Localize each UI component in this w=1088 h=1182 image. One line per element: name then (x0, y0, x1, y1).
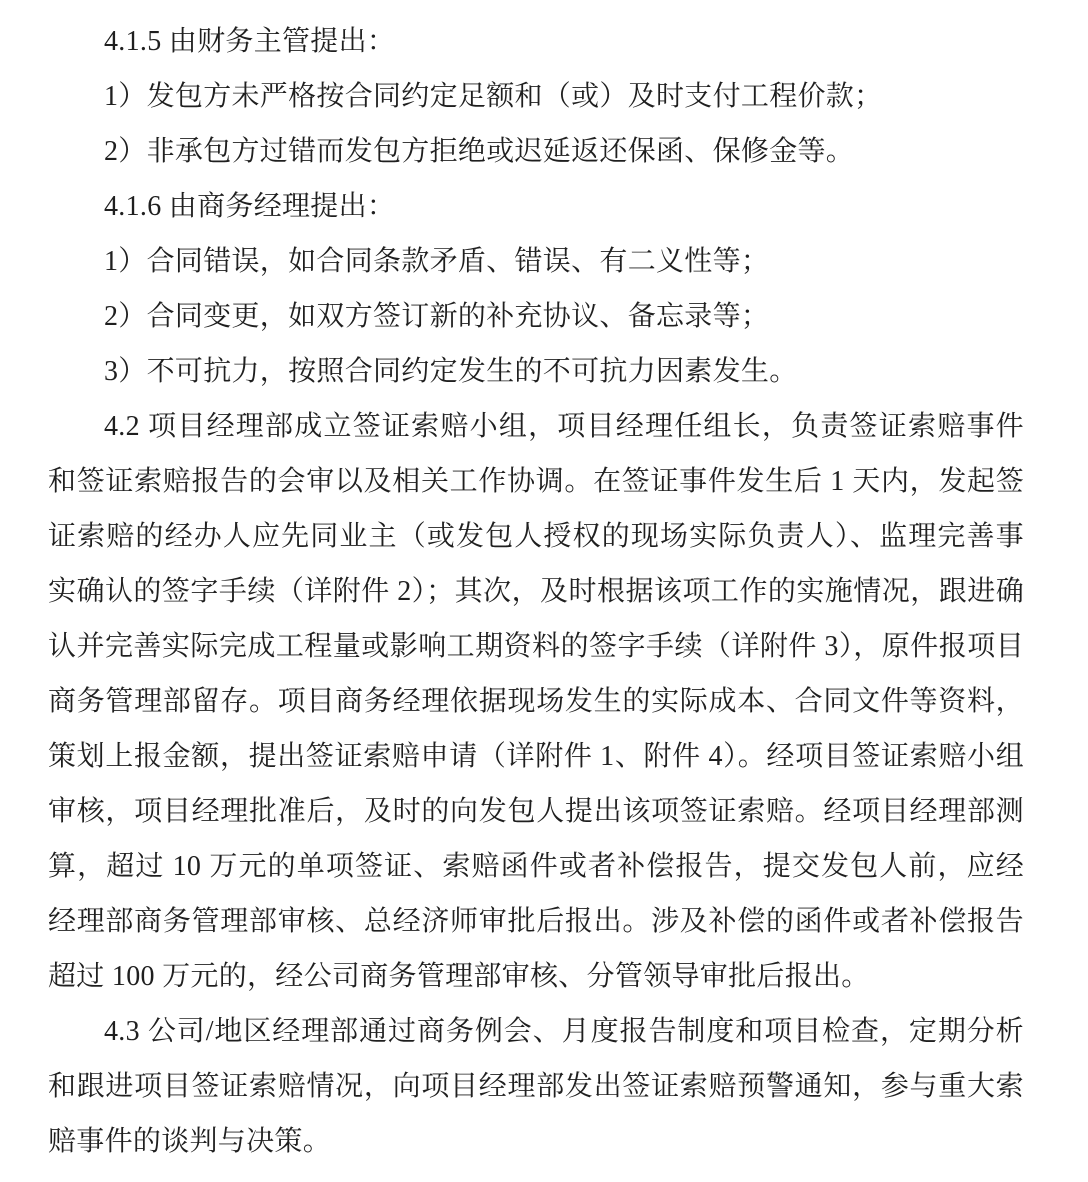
clause-4-3-paragraph: 4.3 公司/地区经理部通过商务例会、月度报告制度和项目检查，定期分析和跟进项目… (48, 1004, 1024, 1169)
clause-4-1-5-item-2: 2）非承包方过错而发包方拒绝或迟延返还保函、保修金等。 (48, 124, 1024, 179)
clause-4-1-6-item-1: 1）合同错误，如合同条款矛盾、错误、有二义性等； (48, 234, 1024, 289)
clause-4-1-6-heading: 4.1.6 由商务经理提出： (48, 179, 1024, 234)
document-body: 4.1.5 由财务主管提出： 1）发包方未严格按合同约定足额和（或）及时支付工程… (48, 14, 1024, 1169)
clause-4-2-paragraph: 4.2 项目经理部成立签证索赔小组，项目经理任组长，负责签证索赔事件和签证索赔报… (48, 399, 1024, 1004)
clause-4-1-6-item-3: 3）不可抗力，按照合同约定发生的不可抗力因素发生。 (48, 344, 1024, 399)
clause-4-1-5-item-1: 1）发包方未严格按合同约定足额和（或）及时支付工程价款； (48, 69, 1024, 124)
clause-4-1-6-item-2: 2）合同变更，如双方签订新的补充协议、备忘录等； (48, 289, 1024, 344)
document-page: 4.1.5 由财务主管提出： 1）发包方未严格按合同约定足额和（或）及时支付工程… (0, 0, 1088, 1182)
clause-4-1-5-heading: 4.1.5 由财务主管提出： (48, 14, 1024, 69)
